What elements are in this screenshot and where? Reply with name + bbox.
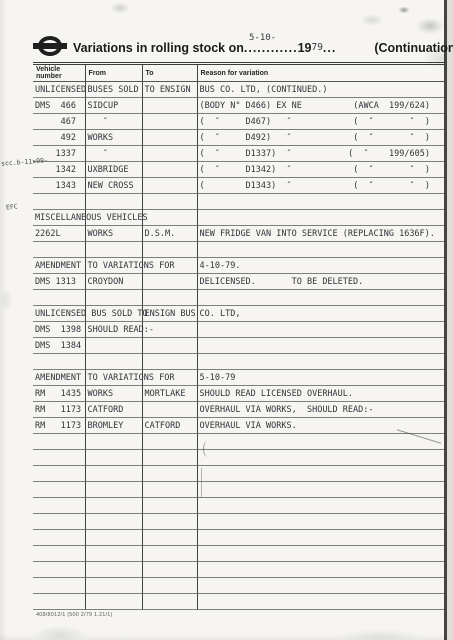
table-row: AMENDMENTTO VARIATIONS FOR5-10-79 <box>33 370 444 386</box>
cell-reason: ( ″ D1342) ″( ″ ″ ) <box>197 162 444 178</box>
cell-c3 <box>142 290 197 306</box>
table-row <box>33 514 444 530</box>
cell-c2: WORKS <box>85 386 142 402</box>
reason-right: ( ″ 199/605) <box>348 149 430 159</box>
cell-c1: RM 1435 <box>33 386 85 402</box>
header-to: To <box>142 64 197 82</box>
cell-c2 <box>85 434 142 450</box>
cell-c2: ″ <box>85 114 142 130</box>
reason-left: BUS CO. LTD, (CONTINUED.) <box>200 85 328 95</box>
cell-c3 <box>142 562 197 578</box>
title-text: Variations in rolling stock on <box>73 41 244 55</box>
reason-left: NEW FRIDGE VAN INTO SERVICE (REPLACING 1… <box>200 229 435 239</box>
cell-reason: 4-10-79. <box>197 258 444 274</box>
table-row: 467 ″( ″ D467) ″( ″ ″ ) <box>33 114 444 130</box>
cell-reason: (BODY N° D466) EX NE(AWCA 199/624) <box>197 98 444 114</box>
cell-c3 <box>142 546 197 562</box>
cell-c3 <box>142 482 197 498</box>
reason-left: OVERHAUL VIA WORKS, SHOULD READ:- <box>200 405 374 415</box>
cell-c3 <box>142 98 197 114</box>
cell-reason: ( ″ D492) ″( ″ ″ ) <box>197 130 444 146</box>
cell-reason: 5-10-79 <box>197 370 444 386</box>
cell-c1 <box>33 450 85 466</box>
cell-reason: OVERHAUL VIA WORKS. <box>197 418 444 434</box>
cell-c3 <box>142 210 197 226</box>
cell-reason <box>197 450 444 466</box>
cell-c2 <box>85 562 142 578</box>
cell-c1: AMENDMENT <box>33 370 85 386</box>
table-header-row: Vehicle number From To Reason for variat… <box>33 64 444 82</box>
cell-reason <box>197 466 444 482</box>
cell-c3: D.S.M. <box>142 226 197 242</box>
cell-c3 <box>142 130 197 146</box>
reason-left: 4-10-79. <box>200 261 241 271</box>
cell-c1: DMS 466 <box>33 98 85 114</box>
header-reason: Reason for variation <box>197 64 444 82</box>
cell-reason: OVERHAUL VIA WORKS, SHOULD READ:- <box>197 402 444 418</box>
cell-reason <box>197 562 444 578</box>
reason-left: DELICENSED. TO BE DELETED. <box>200 277 364 287</box>
cell-c2 <box>85 242 142 258</box>
cell-c2: NEW CROSS <box>85 178 142 194</box>
header-from: From <box>85 64 142 82</box>
cell-c3 <box>142 514 197 530</box>
cell-c3 <box>142 498 197 514</box>
reason-left: 5-10-79 <box>200 373 236 383</box>
title-continuation: (Continuation) <box>374 41 453 55</box>
table-row <box>33 450 444 466</box>
title-dotted-line: ............ <box>244 41 298 55</box>
cell-c3: CATFORD <box>142 418 197 434</box>
cell-c3: TO ENSIGN <box>142 82 197 98</box>
cell-c1 <box>33 578 85 594</box>
cell-c1 <box>33 530 85 546</box>
table-row: RM 1173BROMLEYCATFORDOVERHAUL VIA WORKS. <box>33 418 444 434</box>
pencil-mark-curve <box>203 441 212 457</box>
cell-c1 <box>33 482 85 498</box>
reason-right: ( ″ ″ ) <box>353 181 430 191</box>
table-row <box>33 498 444 514</box>
year-printed: 19 <box>298 41 312 55</box>
table-row <box>33 530 444 546</box>
cell-c1: UNLICENSED <box>33 82 85 98</box>
table-row <box>33 194 444 210</box>
cell-reason <box>197 498 444 514</box>
cell-c2: SHOULD READ:- <box>85 322 142 338</box>
cell-c3 <box>142 114 197 130</box>
table-row: DMS 466SIDCUP(BODY N° D466) EX NE(AWCA 1… <box>33 98 444 114</box>
cell-reason <box>197 578 444 594</box>
table-row: 1343NEW CROSS( D1343) ″( ″ ″ ) <box>33 178 444 194</box>
cell-c2: CATFORD <box>85 402 142 418</box>
cell-c1 <box>33 434 85 450</box>
cell-c1: 2262L <box>33 226 85 242</box>
table-row: 492WORKS( ″ D492) ″( ″ ″ ) <box>33 130 444 146</box>
cell-c2 <box>85 578 142 594</box>
cell-c2: BUSES SOLD <box>85 82 142 98</box>
cell-c1 <box>33 466 85 482</box>
cell-reason: BUS CO. LTD, (CONTINUED.) <box>197 82 444 98</box>
cell-c3 <box>142 146 197 162</box>
table-row <box>33 466 444 482</box>
cell-c2 <box>85 338 142 354</box>
table-row: DMS 1398SHOULD READ:- <box>33 322 444 338</box>
cell-reason: ( ″ D467) ″( ″ ″ ) <box>197 114 444 130</box>
cell-c3 <box>142 194 197 210</box>
cell-c1 <box>33 498 85 514</box>
cell-reason <box>197 546 444 562</box>
cell-c3 <box>142 578 197 594</box>
reason-left: ( ″ D492) ″ <box>200 133 292 143</box>
handwritten-date: 5-10- <box>249 33 276 43</box>
cell-c1 <box>33 354 85 370</box>
cell-c1: RM 1173 <box>33 418 85 434</box>
cell-c1: DMS 1384 <box>33 338 85 354</box>
cell-c2 <box>85 194 142 210</box>
cell-c2: WORKS <box>85 130 142 146</box>
cell-c3 <box>142 594 197 610</box>
reason-left: CO. LTD, <box>200 309 241 319</box>
cell-reason <box>197 322 444 338</box>
reason-left: ( ″ D467) ″ <box>200 117 292 127</box>
cell-c1 <box>33 514 85 530</box>
cell-c3 <box>142 274 197 290</box>
cell-c2: SIDCUP <box>85 98 142 114</box>
cell-c2 <box>85 498 142 514</box>
table-row: UNLICENSEDBUSES SOLDTO ENSIGNBUS CO. LTD… <box>33 82 444 98</box>
table-row: 1342UXBRIDGE( ″ D1342) ″( ″ ″ ) <box>33 162 444 178</box>
cell-c1: 467 <box>33 114 85 130</box>
cell-c1 <box>33 546 85 562</box>
cell-c2 <box>85 466 142 482</box>
page-edge-outer <box>447 0 453 640</box>
cell-c2: TO VARIATIONS FOR <box>85 258 142 274</box>
table-row: 2262LWORKSD.S.M.NEW FRIDGE VAN INTO SERV… <box>33 226 444 242</box>
reason-left: ( ″ D1342) ″ <box>200 165 292 175</box>
cell-c3 <box>142 162 197 178</box>
cell-c1 <box>33 194 85 210</box>
cell-c2 <box>85 594 142 610</box>
cell-c1: UNLICENSED BUS SOLD TO <box>33 306 85 322</box>
roundel-bar <box>33 43 67 49</box>
table-row: RM 1435WORKSMORTLAKESHOULD READ LICENSED… <box>33 386 444 402</box>
table-row <box>33 578 444 594</box>
year-dotted-line: ... <box>323 41 336 55</box>
cell-c3 <box>142 354 197 370</box>
london-transport-roundel-icon <box>33 35 69 57</box>
cell-c2 <box>85 514 142 530</box>
table-row: RM 1173CATFORDOVERHAUL VIA WORKS, SHOULD… <box>33 402 444 418</box>
cell-c3: ENSIGN BUS <box>142 306 197 322</box>
table-row: MISCELLANEOUS VEHICLES <box>33 210 444 226</box>
cell-reason: ( ″ D1337) ″( ″ 199/605) <box>197 146 444 162</box>
cell-reason <box>197 242 444 258</box>
pencil-mark-tick <box>201 468 202 498</box>
cell-c2 <box>85 482 142 498</box>
table-row: UNLICENSED BUS SOLD TOENSIGN BUSCO. LTD, <box>33 306 444 322</box>
reason-right: ( ″ ″ ) <box>353 133 430 143</box>
table-row <box>33 290 444 306</box>
table-row: DMS 1313CROYDONDELICENSED. TO BE DELETED… <box>33 274 444 290</box>
header-vehicle-number: Vehicle number <box>33 64 85 82</box>
cell-reason <box>197 210 444 226</box>
cell-c3 <box>142 242 197 258</box>
cell-c3 <box>142 466 197 482</box>
reason-right: (AWCA 199/624) <box>353 101 430 111</box>
margin-note-efc: EFC <box>6 202 19 211</box>
cell-c3 <box>142 434 197 450</box>
reason-left: SHOULD READ LICENSED OVERHAUL. <box>200 389 354 399</box>
table-row <box>33 546 444 562</box>
cell-c2 <box>85 450 142 466</box>
cell-c2 <box>85 290 142 306</box>
cell-c1 <box>33 290 85 306</box>
table-row <box>33 354 444 370</box>
cell-c1 <box>33 562 85 578</box>
cell-reason: SHOULD READ LICENSED OVERHAUL. <box>197 386 444 402</box>
reason-left: (BODY N° D466) EX NE <box>200 101 302 111</box>
cell-reason: CO. LTD, <box>197 306 444 322</box>
cell-reason: ( D1343) ″( ″ ″ ) <box>197 178 444 194</box>
reason-left: ( D1343) ″ <box>200 181 292 191</box>
cell-c3 <box>142 450 197 466</box>
cell-c2: TO VARIATIONS FOR <box>85 370 142 386</box>
cell-c3 <box>142 178 197 194</box>
cell-c1: 1343 <box>33 178 85 194</box>
cell-reason <box>197 434 444 450</box>
table-row: DMS 1384 <box>33 338 444 354</box>
cell-c3 <box>142 402 197 418</box>
table-row <box>33 242 444 258</box>
cell-reason: NEW FRIDGE VAN INTO SERVICE (REPLACING 1… <box>197 226 444 242</box>
cell-reason <box>197 514 444 530</box>
table-row <box>33 482 444 498</box>
page-title: Variations in rolling stock on..........… <box>33 35 447 57</box>
cell-reason <box>197 338 444 354</box>
cell-c2 <box>85 546 142 562</box>
cell-c1: DMS 1398 <box>33 322 85 338</box>
cell-reason <box>197 194 444 210</box>
cell-c2 <box>85 530 142 546</box>
cell-c2: UXBRIDGE <box>85 162 142 178</box>
cell-c3: MORTLAKE <box>142 386 197 402</box>
cell-c2: WORKS <box>85 226 142 242</box>
table-row: AMENDMENTTO VARIATIONS FOR4-10-79. <box>33 258 444 274</box>
table-row <box>33 562 444 578</box>
cell-reason <box>197 290 444 306</box>
table-row <box>33 434 444 450</box>
table-body: UNLICENSEDBUSES SOLDTO ENSIGNBUS CO. LTD… <box>33 82 444 610</box>
cell-c3 <box>142 530 197 546</box>
cell-c1: MISCELLANEOUS VEHICLES <box>33 210 85 226</box>
reason-right: ( ″ ″ ) <box>353 165 430 175</box>
cell-c1: DMS 1313 <box>33 274 85 290</box>
form-number: 408/8012/1 (500 2/79 1.21/1) <box>36 612 113 618</box>
cell-reason <box>197 594 444 610</box>
cell-c2 <box>85 354 142 370</box>
handwritten-year: 79 <box>311 42 322 53</box>
cell-c2: BROMLEY <box>85 418 142 434</box>
table-row <box>33 594 444 610</box>
cell-c2: ″ <box>85 146 142 162</box>
cell-c1 <box>33 242 85 258</box>
cell-reason <box>197 354 444 370</box>
reason-left: OVERHAUL VIA WORKS. <box>200 421 297 431</box>
table-row: 1337 ″( ″ D1337) ″( ″ 199/605) <box>33 146 444 162</box>
cell-reason <box>197 482 444 498</box>
cell-c1 <box>33 594 85 610</box>
cell-c1: AMENDMENT <box>33 258 85 274</box>
cell-c1: RM 1173 <box>33 402 85 418</box>
reason-left: ( ″ D1337) ″ <box>200 149 292 159</box>
cell-c2: CROYDON <box>85 274 142 290</box>
cell-c3 <box>142 338 197 354</box>
cell-reason <box>197 530 444 546</box>
reason-right: ( ″ ″ ) <box>353 117 430 127</box>
cell-reason: DELICENSED. TO BE DELETED. <box>197 274 444 290</box>
variations-table: Vehicle number From To Reason for variat… <box>33 62 444 610</box>
page-edge-shadow <box>444 0 447 640</box>
cell-c1: 492 <box>33 130 85 146</box>
